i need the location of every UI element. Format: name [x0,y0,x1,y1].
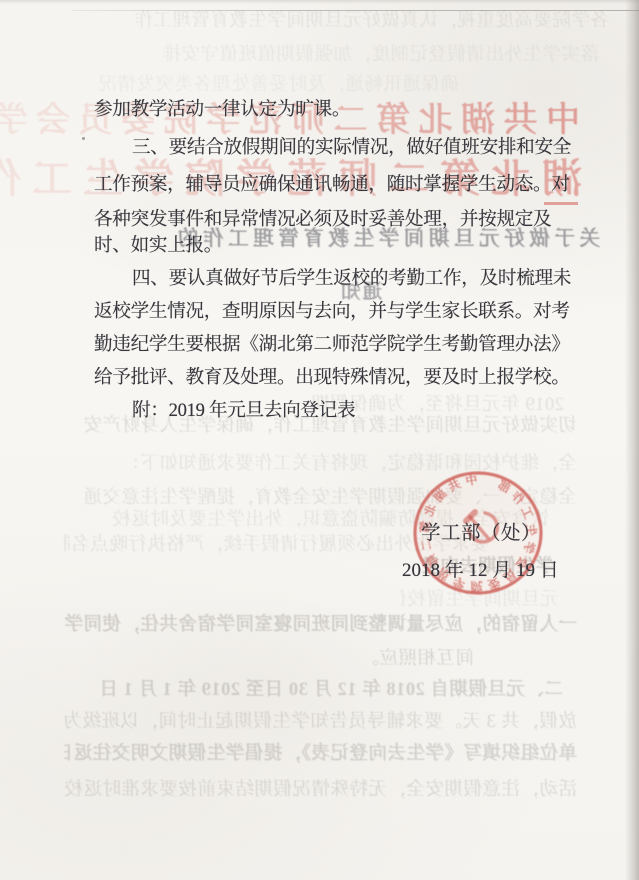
signature-date: 2018 年 12 月 19 日 [402,555,559,582]
body-line: 参加教学活动一律认定为旷课。 [94,95,581,121]
signature-unit: 学工部（处） [421,517,541,545]
bleed-line: 二、元旦假期自 2018 年 12 月 30 日至 2019 年 1 月 1 日 [92,675,563,701]
bleed-line: 活动，注意假期安全，无特殊情况假期结束前按要求准时返校 [64,775,577,801]
scanned-document-page: 各学院要高度重视，认真做好元旦期间学生教育管理工作 落实学生外出请假登记制度，加… [0,0,639,880]
body-line: 各种突发事件和异常情况必须及时妥善处理，并按规定及 [94,205,581,231]
body-line: 给予批评、教育及处理。出现特殊情况，要及时上报学校。 [94,363,581,389]
attachment-line: 附：2019 年元旦去向登记表 [94,396,581,422]
body-line: 四、要认真做好节后学生返校的考勤工作，及时梳理未 [94,264,581,290]
bleed-line: 放假，共 3 天。要求辅导员告知学生假期起止时间，以班级为 [64,707,577,733]
body-line: 时、如实上报。 [94,231,581,257]
body-line: 返校学生情况，查明原因与去向，并与学生家长联系。对考 [94,297,581,323]
body-line: 三、要结合放假期间的实际情况，做好值班安排和安全 [94,133,581,159]
bleed-line: 一人留宿的，应尽量调整到同班同寝室同学宿舍共住，使同学之 [64,610,577,636]
scan-edge-right [625,0,639,880]
scan-edge-top [0,0,639,4]
bleed-line: 间互相照应。 [356,644,474,670]
body-line: 勤违纪学生要根据《湖北第二师范学院学生考勤管理办法》 [94,330,581,356]
bleed-line: 单位组织填写《学生去向登记表》，提倡学生假期文明交往返日 [64,739,577,765]
body-line: 工作预案，辅导员应确保通讯畅通，随时掌握学生动态。对 [94,170,581,196]
scan-crease-line [72,10,639,11]
ink-speck [82,137,85,140]
bleed-line: 落实学生外出请假登记制度，加强假期值班值守安排 [95,40,599,66]
